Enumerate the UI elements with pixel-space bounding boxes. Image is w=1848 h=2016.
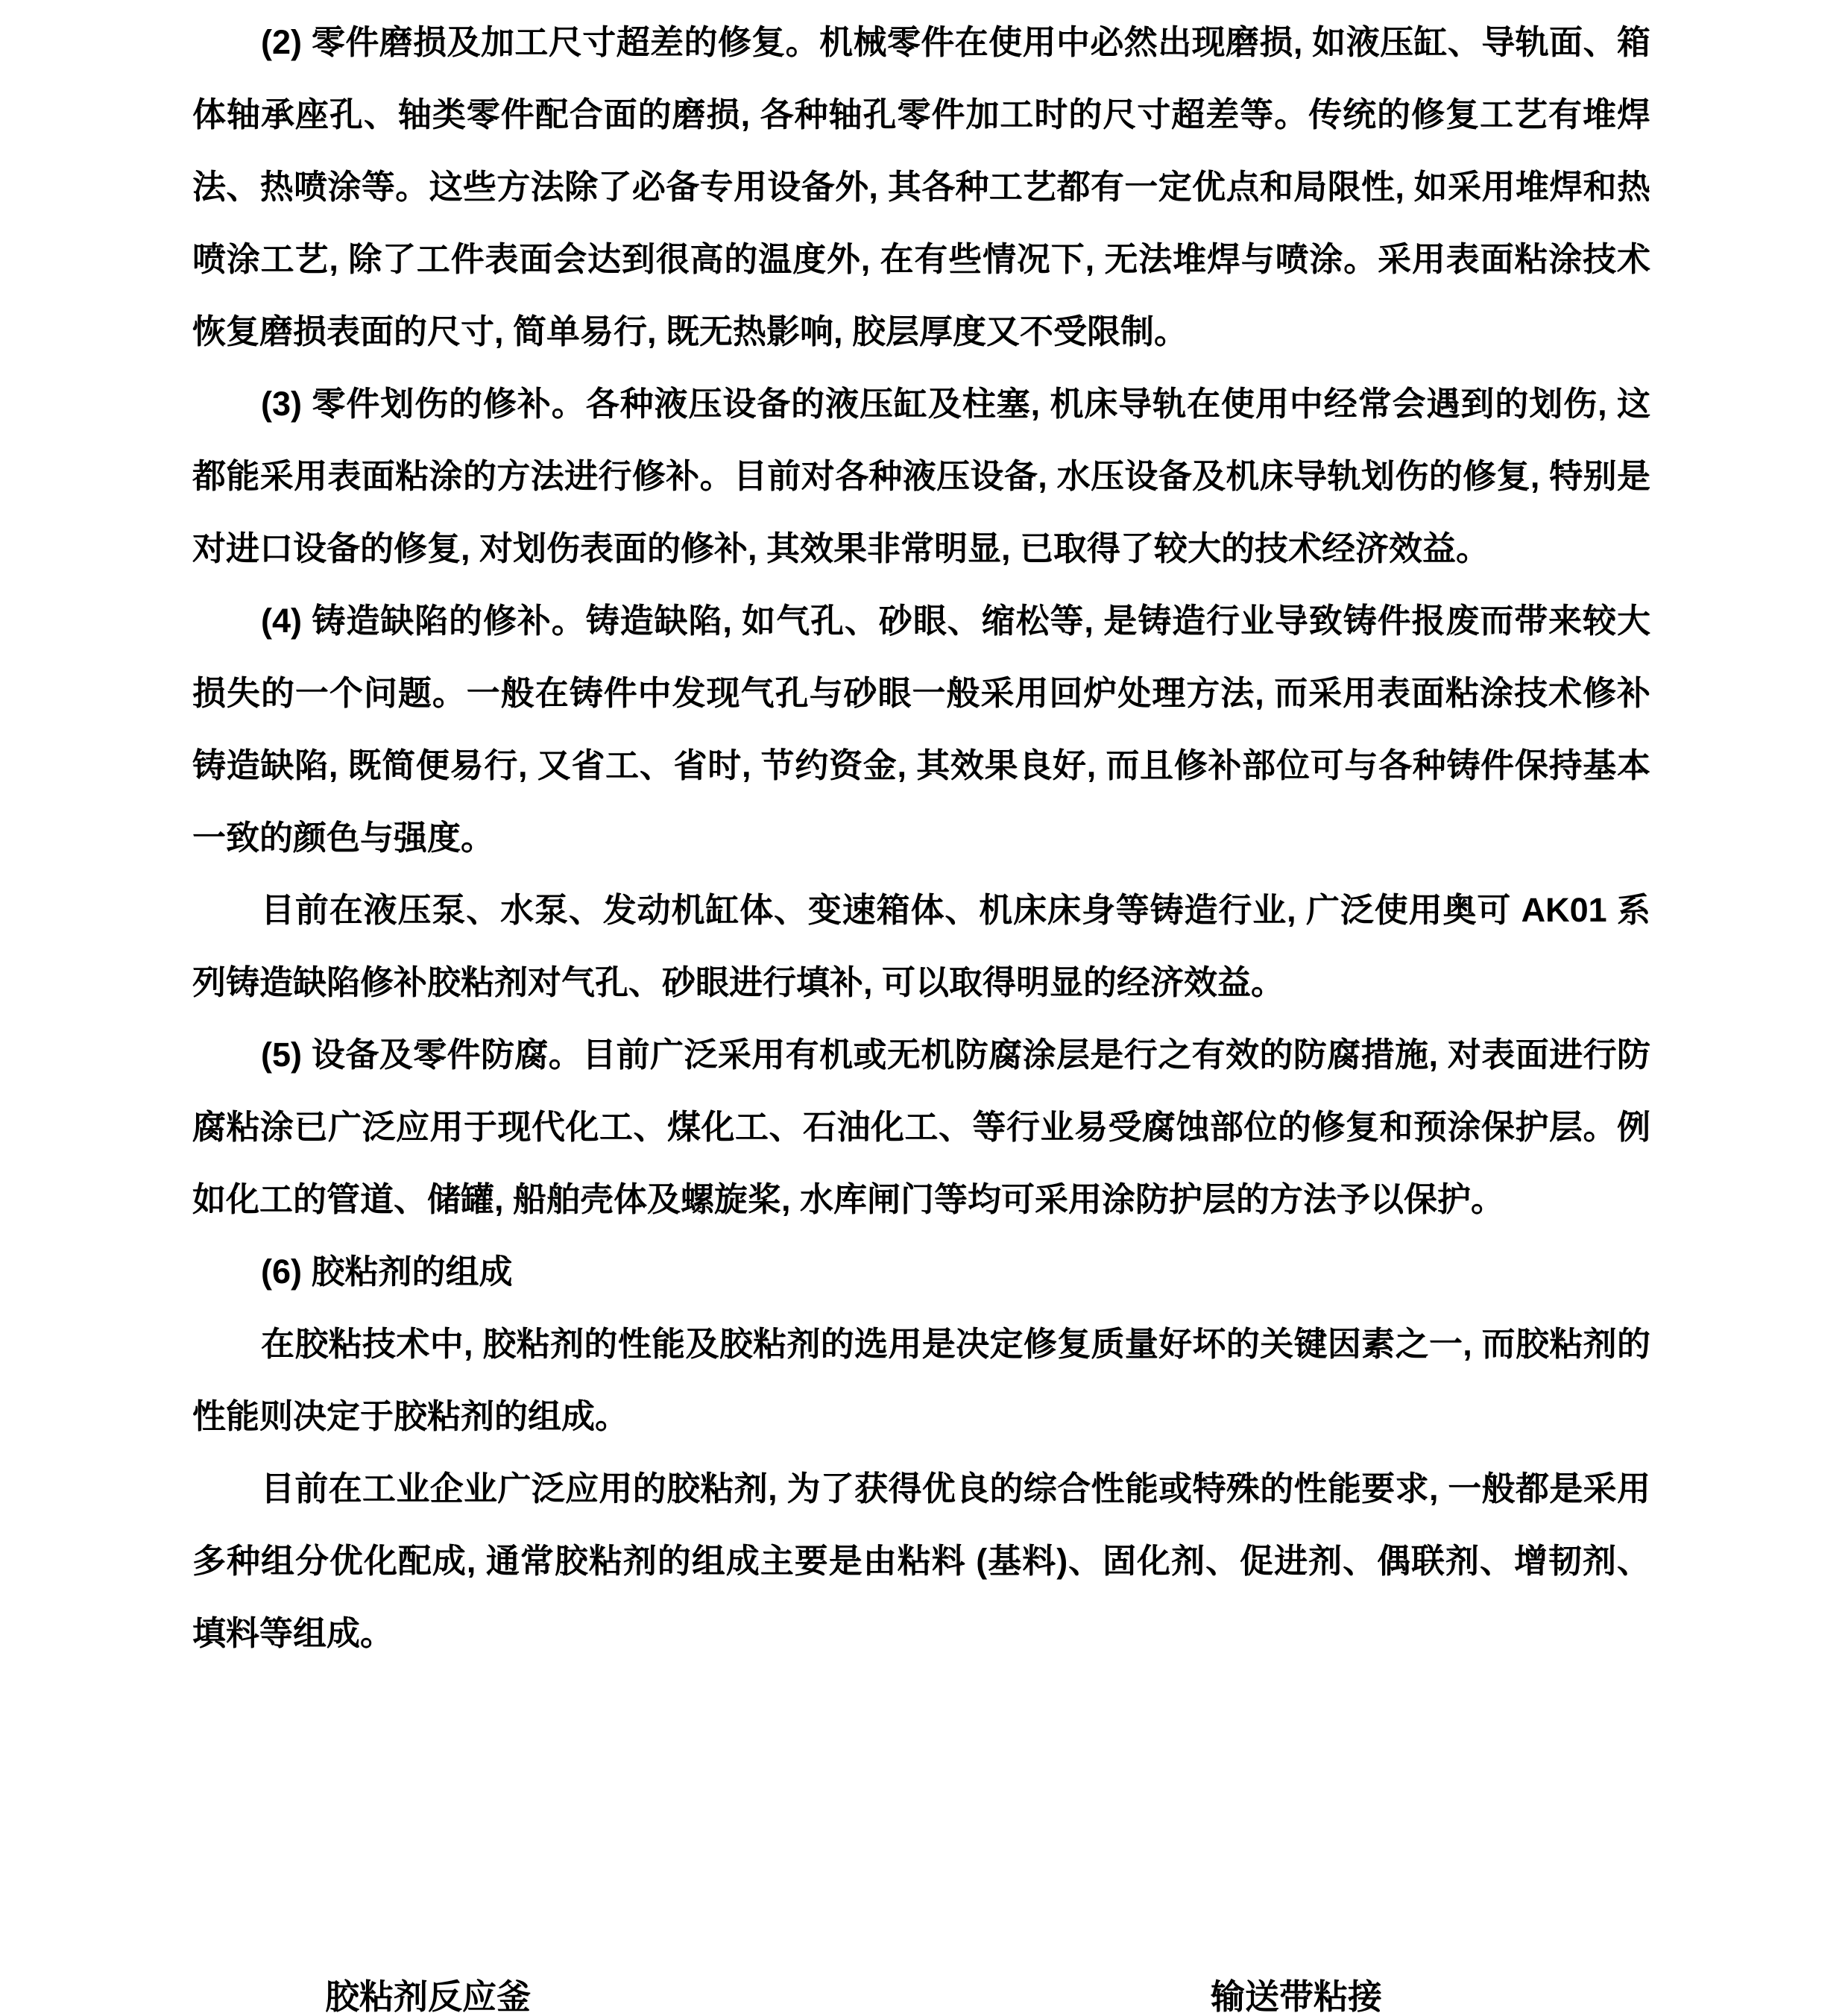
document-page: (2) 零件磨损及加工尺寸超差的修复。机械零件在使用中必然出现磨损, 如液压缸、… bbox=[0, 0, 1848, 2016]
paragraph-scratch-repair: (3) 零件划伤的修补。各种液压设备的液压缸及柱塞, 机床导轨在使用中经常会遇到… bbox=[192, 368, 1650, 585]
paragraph-anticorrosion: (5) 设备及零件防腐。目前广泛采用有机或无机防腐涂层是行之有效的防腐措施, 对… bbox=[192, 1018, 1650, 1235]
document-body: (2) 零件磨损及加工尺寸超差的修复。机械零件在使用中必然出现磨损, 如液压缸、… bbox=[192, 6, 1650, 1669]
paragraph-adhesive-components: 目前在工业企业广泛应用的胶粘剂, 为了获得优良的综合性能或特殊的性能要求, 一般… bbox=[192, 1452, 1650, 1669]
paragraph-casting-defects: (4) 铸造缺陷的修补。铸造缺陷, 如气孔、砂眼、缩松等, 是铸造行业导致铸件报… bbox=[192, 585, 1650, 874]
figure-caption-conveyor-belt: 输送带粘接 bbox=[1211, 1977, 1382, 2016]
paragraph-wear-repair: (2) 零件磨损及加工尺寸超差的修复。机械零件在使用中必然出现磨损, 如液压缸、… bbox=[192, 6, 1650, 368]
paragraph-ak01-series: 目前在液压泵、水泵、发动机缸体、变速箱体、机床床身等铸造行业, 广泛使用奥可 A… bbox=[192, 874, 1650, 1018]
paragraph-adhesive-composition-heading: (6) 胶粘剂的组成 bbox=[192, 1235, 1650, 1308]
paragraph-adhesive-performance: 在胶粘技术中, 胶粘剂的性能及胶粘剂的选用是决定修复质量好坏的关键因素之一, 而… bbox=[192, 1308, 1650, 1452]
figure-caption-reactor: 胶粘剂反应釜 bbox=[325, 1977, 531, 2016]
